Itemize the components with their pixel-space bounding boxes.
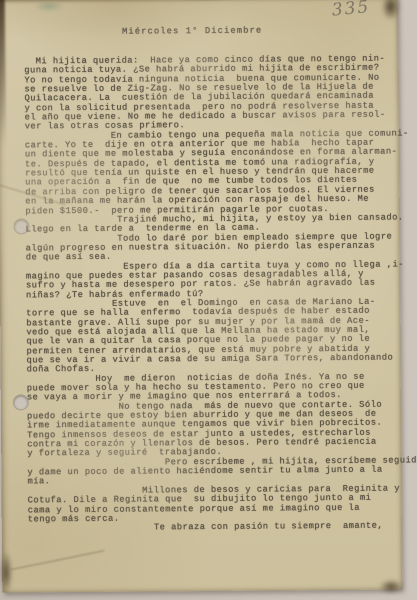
letter-text-block: Mi hijita querida: Hace ya como cinco dí… (24, 54, 400, 533)
scanned-letter-screenshot: { "scan": { "page_number": "335", "backg… (0, 0, 417, 600)
paper-corner-bottom-left (0, 550, 12, 594)
date-line: Miércoles 1° Diciembre (122, 26, 262, 37)
page-number-pencil: 335 (331, 0, 371, 21)
letter-body: Mi hijita querida: Hace ya como cinco dí… (24, 54, 400, 524)
scan-background: 335 Miércoles 1° Diciembre Mi hijita que… (0, 0, 417, 600)
paper-corner-top-right (382, 0, 400, 21)
paper-corner-bottom-right (379, 579, 403, 593)
ink-smudge (34, 0, 64, 12)
paper-corner-top-left (0, 0, 6, 148)
fold-crease-lower (11, 550, 105, 571)
closing-line: Te abraza con pasión tu siempre amante, (28, 522, 400, 534)
letter-paper: 335 Miércoles 1° Diciembre Mi hijita que… (0, 0, 402, 593)
